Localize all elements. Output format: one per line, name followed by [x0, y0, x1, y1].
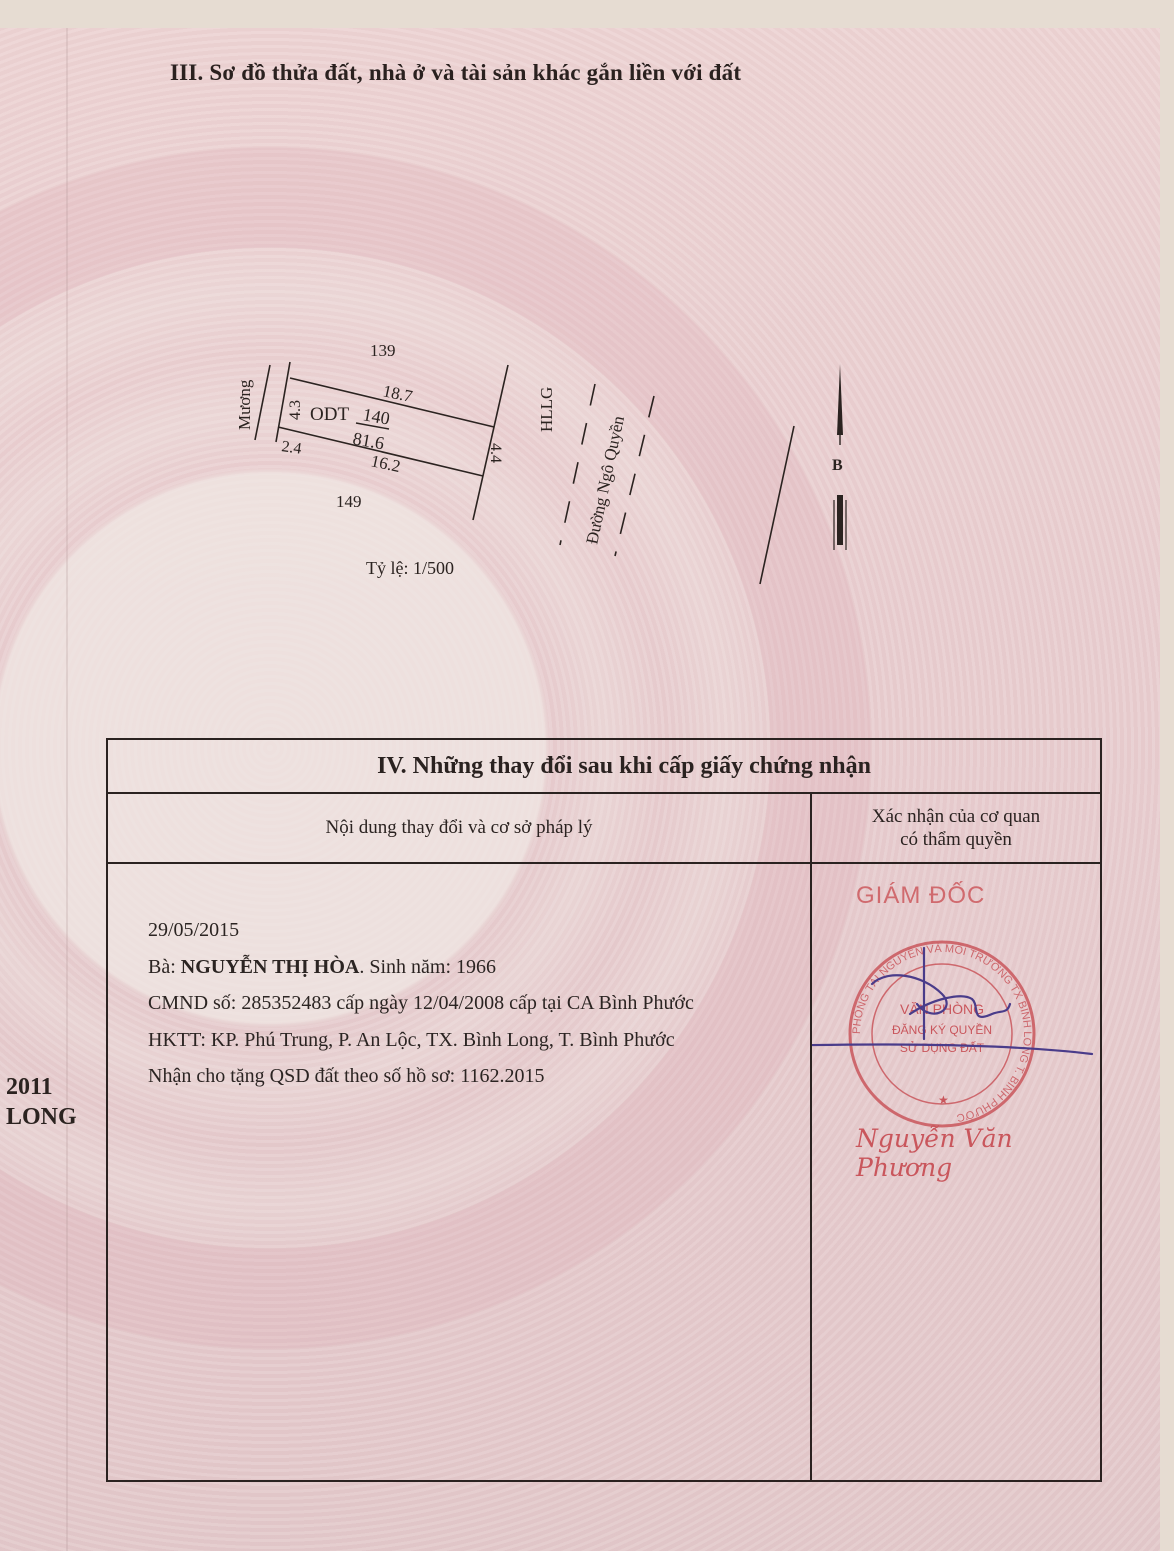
changes-table: IV. Những thay đổi sau khi cấp giấy chứn…	[106, 738, 1102, 1482]
stamp-line1: VĂN PHÒNG	[900, 1001, 984, 1017]
page-fold	[66, 28, 68, 1551]
margin-note-year: 2011	[6, 1072, 77, 1102]
svg-text:★: ★	[938, 1093, 949, 1107]
change-entry: 29/05/2015 Bà: NGUYỄN THỊ HÒA. Sinh năm:…	[148, 912, 694, 1095]
column-header-confirmation: Xác nhận của cơ quan có thẩm quyền	[812, 792, 1100, 864]
name-prefix: Bà:	[148, 956, 181, 978]
column-header-content: Nội dung thay đổi và cơ sở pháp lý	[108, 792, 810, 864]
confirm-header-line1: Xác nhận của cơ quan	[872, 805, 1040, 828]
margin-note-place: LONG	[6, 1102, 77, 1132]
birth-year: . Sinh năm: 1966	[359, 956, 496, 978]
margin-note: 2011 LONG	[6, 1072, 77, 1132]
section-iv-header: IV. Những thay đổi sau khi cấp giấy chứn…	[108, 740, 1100, 794]
section-iii-title: III. Sơ đồ thửa đất, nhà ở và tài sản kh…	[170, 60, 741, 86]
stamp-line3: SỬ DỤNG ĐẤT	[900, 1040, 985, 1055]
entry-id-line: CMND số: 285352483 cấp ngày 12/04/2008 c…	[148, 985, 694, 1022]
stamp-line2: ĐĂNG KÝ QUYỀN	[892, 1022, 992, 1037]
confirm-header-line2: có thẩm quyền	[900, 828, 1012, 851]
section-iv-title: IV. Những thay đổi sau khi cấp giấy chứn…	[377, 753, 871, 780]
entry-transfer-line: Nhận cho tặng QSD đất theo số hồ sơ: 116…	[148, 1058, 694, 1095]
owner-name: NGUYỄN THỊ HÒA	[181, 956, 360, 978]
entry-residence-line: HKTT: KP. Phú Trung, P. An Lộc, TX. Bình…	[148, 1022, 694, 1059]
entry-date: 29/05/2015	[148, 912, 694, 949]
entry-name-line: Bà: NGUYỄN THỊ HÒA. Sinh năm: 1966	[148, 949, 694, 986]
signer-name: Nguyễn Văn Phương	[856, 1124, 1100, 1182]
confirmation-block: GIÁM ĐỐC PHÒNG TÀI NGUYÊN VÀ MÔI TRƯỜNG …	[812, 864, 1100, 1184]
